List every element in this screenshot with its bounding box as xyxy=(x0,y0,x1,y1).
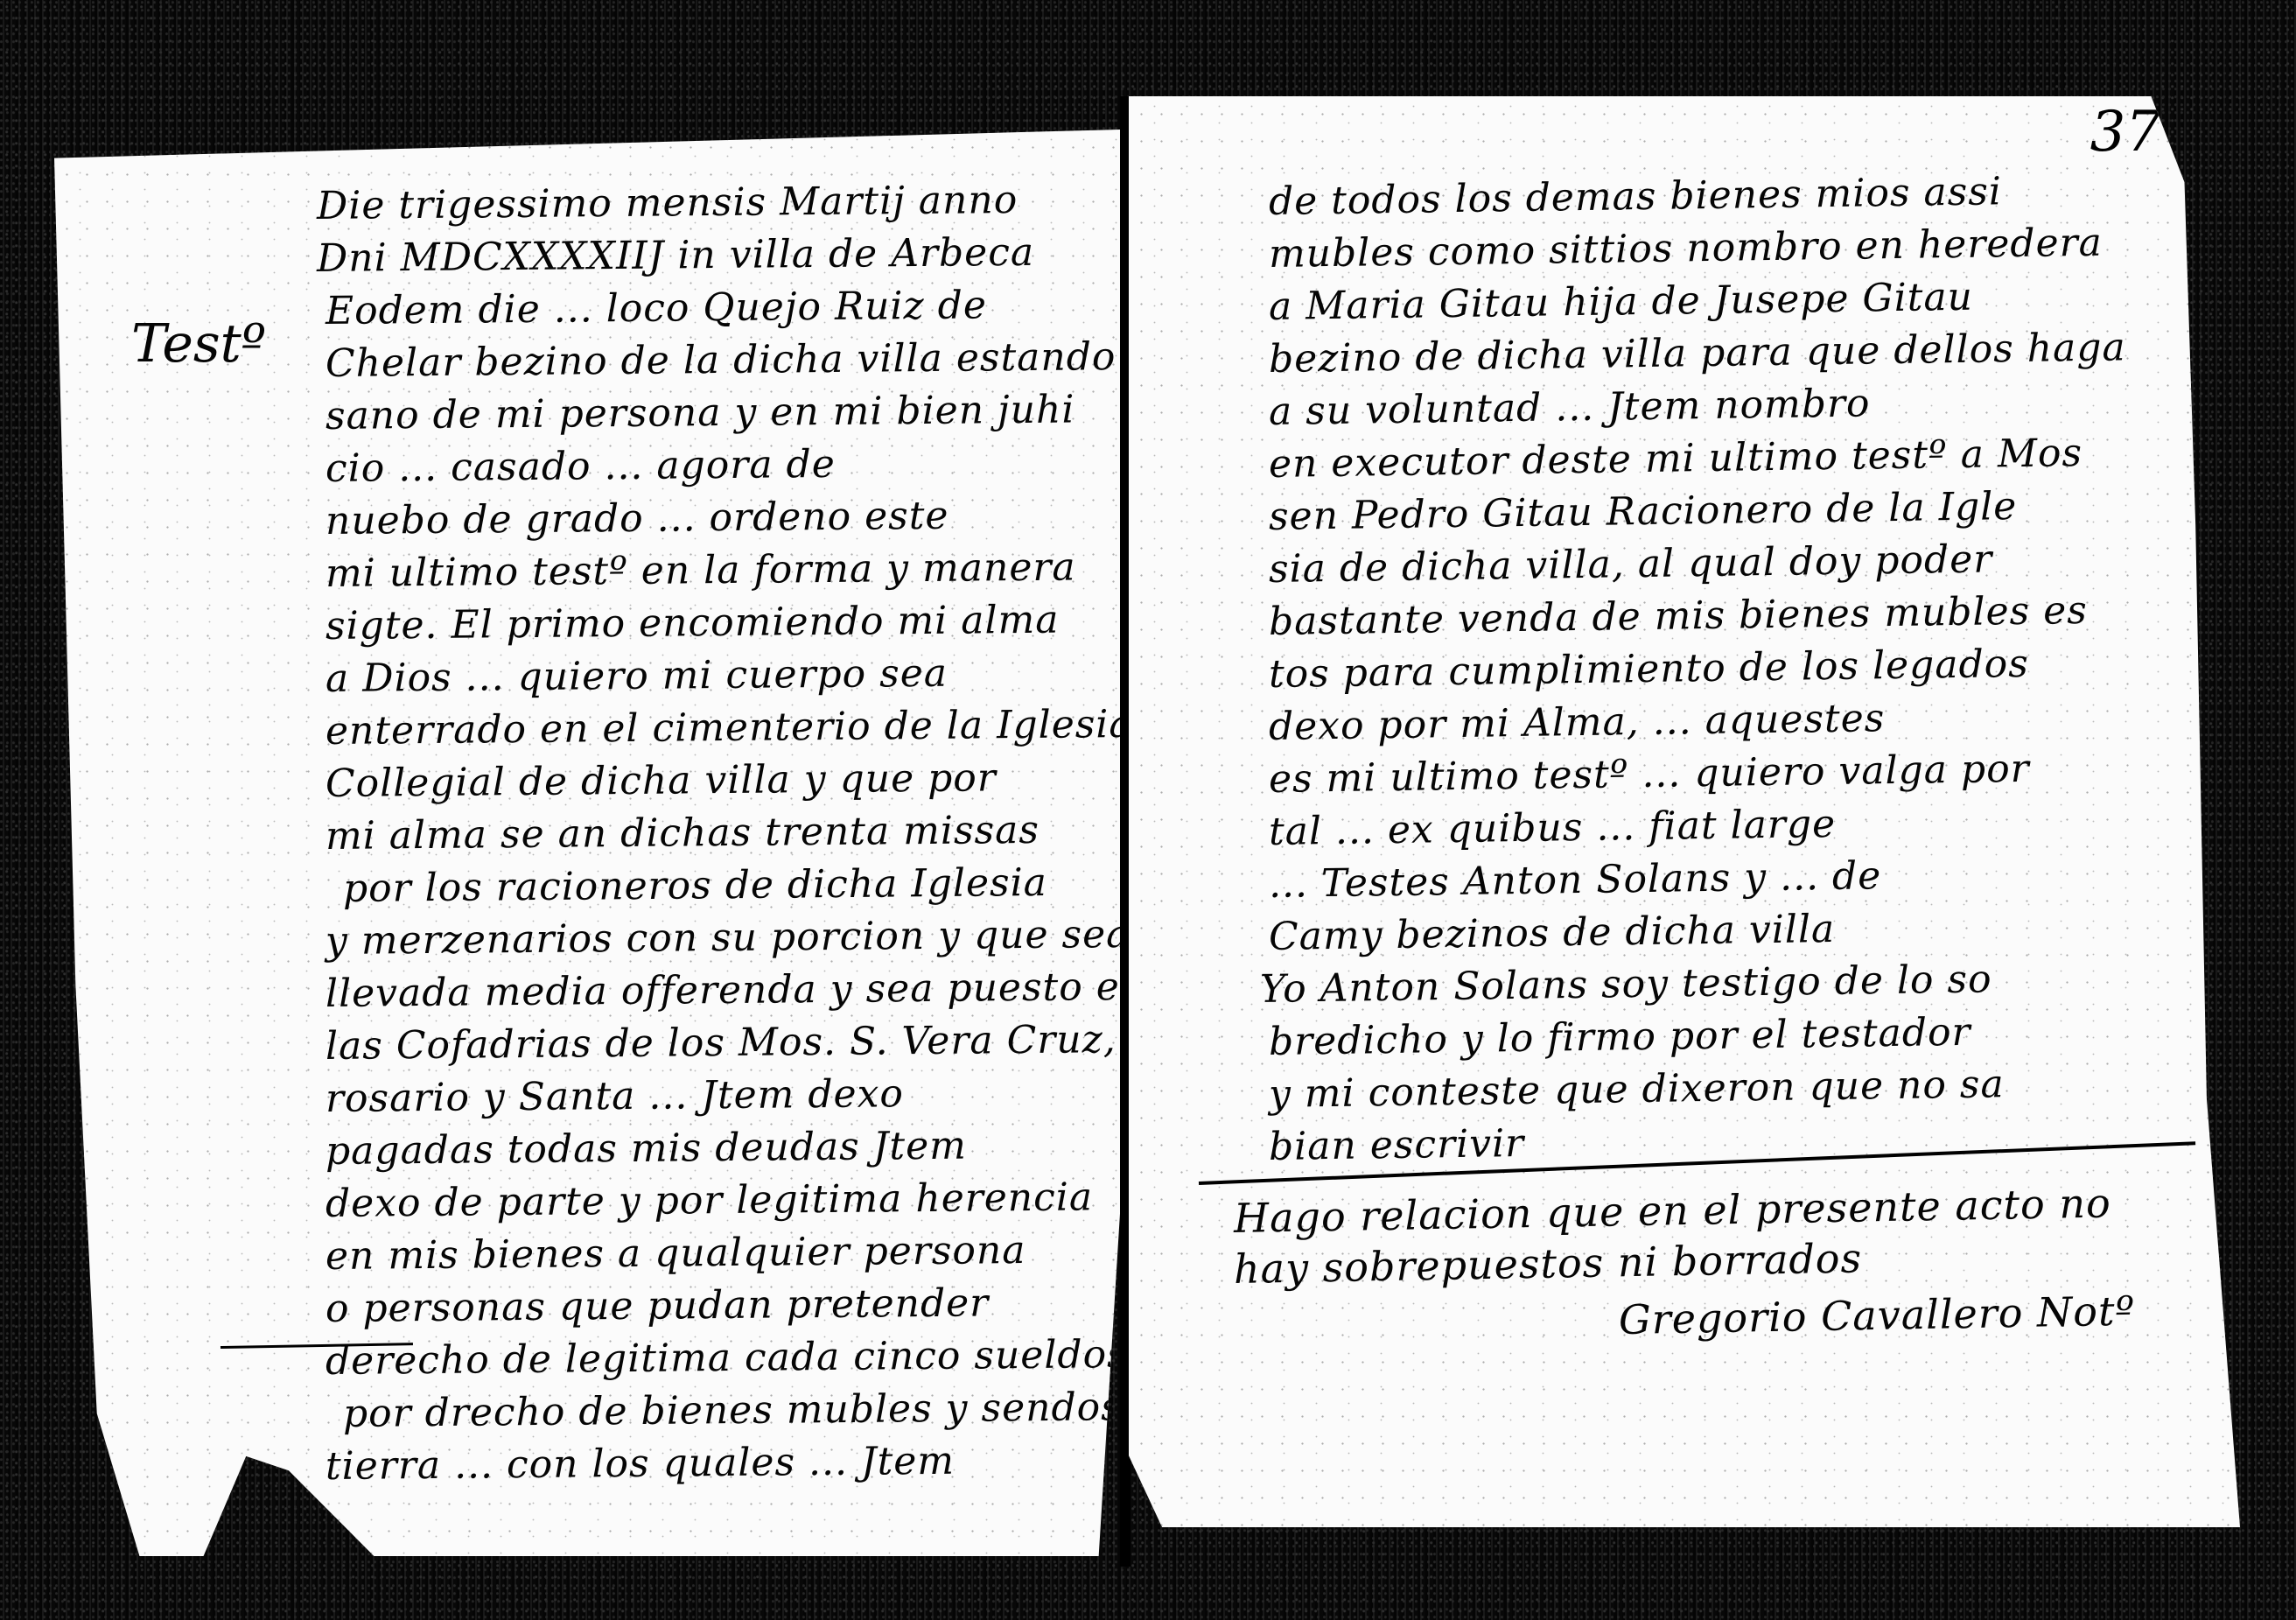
manuscript-line: Hago relacion que en el presente acto no xyxy=(1234,1180,2112,1242)
manuscript-line: pagadas todas mis deudas Jtem xyxy=(325,1124,967,1174)
manuscript-line: mubles como sittios nombro en heredera xyxy=(1269,221,2103,277)
manuscript-line: bastante venda de mis bienes mubles es xyxy=(1269,588,2088,644)
manuscript-line: Dni MDCXXXXIIJ in villa de Arbeca xyxy=(317,230,1035,281)
manuscript-line: y merzenarios con su porcion y que sea xyxy=(325,912,1120,964)
manuscript-line: enterrado en el cimenterio de la Iglesia xyxy=(325,702,1120,754)
manuscript-line: sano de mi persona y en mi bien juhi xyxy=(325,388,1075,438)
manuscript-line: a su voluntad ... Jtem nombro xyxy=(1269,381,1871,434)
manuscript-line: Collegial de dicha villa y que por xyxy=(325,755,997,806)
manuscript-line: Gregorio Cavallero Notº xyxy=(1619,1287,2136,1343)
manuscript-line: llevada media offerenda y sea puesto en xyxy=(325,964,1120,1016)
manuscript-line: por drecho de bienes mubles y sendos rob… xyxy=(343,1384,1120,1436)
manuscript-line: dexo por mi Alma, ... aquestes xyxy=(1269,696,1886,749)
manuscript-line: en executor deste mi ultimo testº a Mos xyxy=(1269,431,2083,487)
manuscript-line: mi alma se an dichas trenta missas xyxy=(325,808,1039,859)
manuscript-line: sigte. El primo encomiendo mi alma xyxy=(325,598,1060,649)
manuscript-line: por los racioneros de dicha Iglesia xyxy=(343,860,1047,911)
margin-note: Testº xyxy=(131,313,266,375)
manuscript-line: en mis bienes a qualquier persona xyxy=(325,1228,1026,1279)
manuscript-line: Yo Anton Solans soy testigo de lo so xyxy=(1260,957,1992,1012)
manuscript-line: sia de dicha villa, al qual doy poder xyxy=(1269,536,1993,592)
manuscript-line: y mi conteste que dixeron que no sa xyxy=(1269,1062,2005,1117)
manuscript-line: a Maria Gitau hija de Jusepe Gitau xyxy=(1269,275,1974,329)
manuscript-line: bredicho y lo firmo por el testador xyxy=(1269,1010,1971,1064)
left-page: Testº Die trigessimo mensis Martij annoD… xyxy=(54,130,1120,1556)
manuscript-line: tierra ... con los quales ... Jtem xyxy=(325,1439,955,1489)
manuscript-line: a Dios ... quiero mi cuerpo sea xyxy=(325,651,948,701)
manuscript-line: sen Pedro Gitau Racionero de la Igle xyxy=(1269,484,2018,539)
manuscript-line: hay sobrepuestos ni borrados xyxy=(1234,1234,1863,1293)
manuscript-line: las Cofadrias de los Mos. S. Vera Cruz, … xyxy=(325,1015,1120,1069)
manuscript-line: derecho de legitima cada cinco sueldos xyxy=(325,1332,1120,1384)
manuscript-line: cio ... casado ... agora de xyxy=(325,442,836,491)
manuscript-line: ... Testes Anton Solans y ... de xyxy=(1269,853,1882,907)
manuscript-line: nuebo de grado ... ordeno este xyxy=(325,494,949,544)
manuscript-spread: Testº Die trigessimo mensis Martij annoD… xyxy=(0,0,2296,1620)
manuscript-line: Chelar bezino de la dicha villa estando xyxy=(325,334,1116,386)
manuscript-line: dexo de parte y por legitima herencia xyxy=(325,1175,1094,1226)
manuscript-line: de todos los demas bienes mios assi xyxy=(1269,169,2003,224)
page-number: 37 xyxy=(2090,100,2161,165)
manuscript-line: Eodem die ... loco Quejo Ruiz de xyxy=(325,283,987,333)
manuscript-line: bezino de dicha villa para que dellos ha… xyxy=(1269,325,2126,382)
manuscript-line: o personas que pudan pretender xyxy=(325,1280,990,1331)
manuscript-line: rosario y Santa ... Jtem dexo xyxy=(325,1071,904,1121)
right-page: 37 de todos los demas bienes mios assimu… xyxy=(1129,96,2240,1527)
manuscript-line: bian escrivir xyxy=(1269,1121,1525,1169)
manuscript-line: tal ... ex quibus ... fiat large xyxy=(1269,802,1837,854)
manuscript-line: Die trigessimo mensis Martij anno xyxy=(317,178,1018,228)
manuscript-line: Camy bezinos de dicha villa xyxy=(1269,907,1836,959)
manuscript-line: mi ultimo testº en la forma y manera xyxy=(325,545,1076,596)
manuscript-line: tos para cumplimiento de los legados xyxy=(1269,642,2029,697)
manuscript-line: es mi ultimo testº ... quiero valga por xyxy=(1269,747,2030,802)
